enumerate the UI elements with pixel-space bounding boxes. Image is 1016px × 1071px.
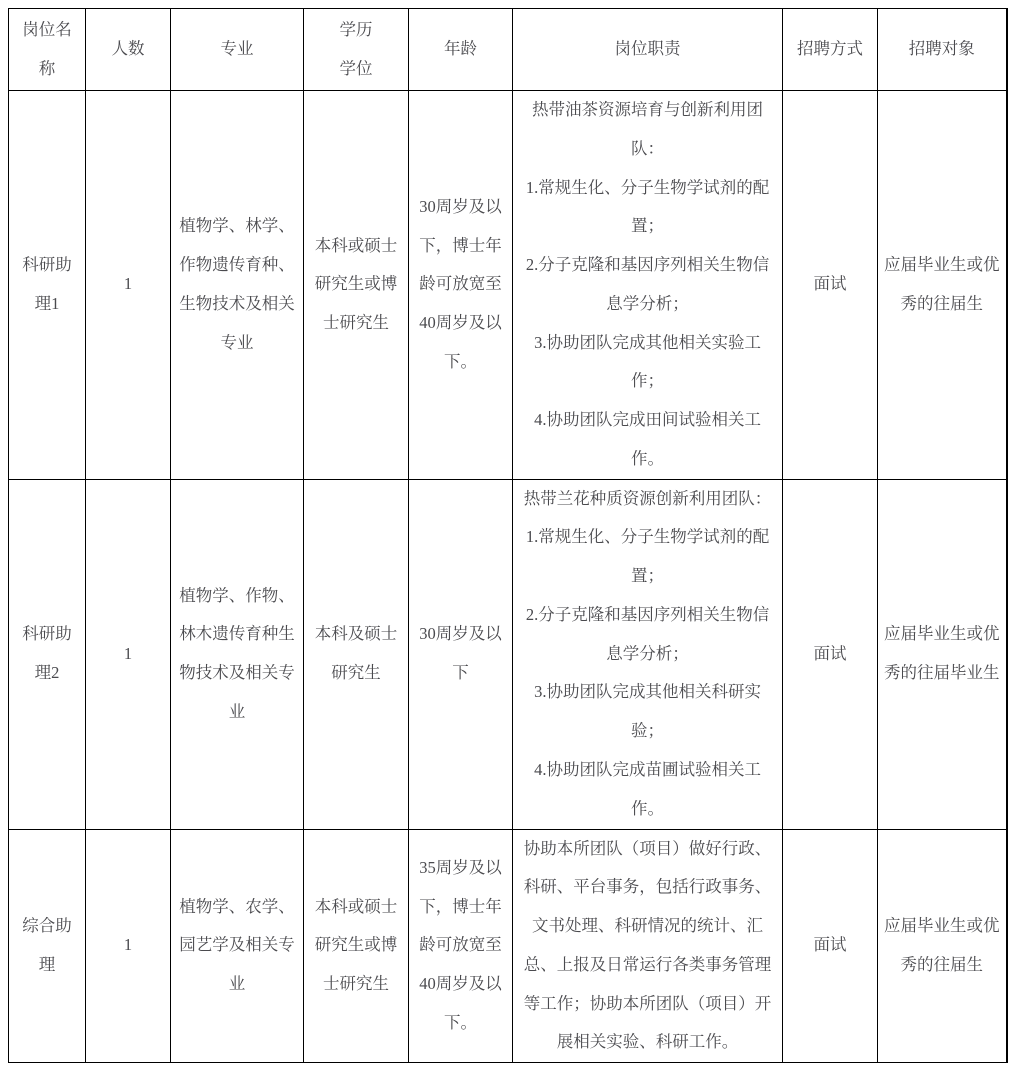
recruitment-table: 岗位名 称 人数 专业 学历 学位 年龄 岗位职责 招聘方式 招聘对象 科研助理… — [8, 8, 1008, 1063]
cell-position: 科研助理2 — [9, 479, 86, 829]
cell-major: 植物学、作物、林木遗传育种生物技术及相关专业 — [171, 479, 304, 829]
cell-age: 30周岁及以下，博士年龄可放宽至40周岁及以下。 — [409, 91, 513, 480]
header-headcount: 人数 — [86, 9, 171, 91]
header-position: 岗位名 称 — [9, 9, 86, 91]
cell-target: 应届毕业生或优秀的往届生 — [878, 91, 1007, 480]
cell-major: 植物学、农学、园艺学及相关专业 — [171, 829, 304, 1063]
header-major: 专业 — [171, 9, 304, 91]
cell-headcount: 1 — [86, 829, 171, 1063]
cell-headcount: 1 — [86, 91, 171, 480]
cell-method: 面试 — [783, 829, 878, 1063]
header-method: 招聘方式 — [783, 9, 878, 91]
cell-degree: 本科及硕士研究生 — [304, 479, 409, 829]
header-target: 招聘对象 — [878, 9, 1007, 91]
cell-age: 30周岁及以下 — [409, 479, 513, 829]
table-row-research-assistant-2: 科研助理2 1 植物学、作物、林木遗传育种生物技术及相关专业 本科及硕士研究生 … — [9, 479, 1007, 829]
cell-age: 35周岁及以下，博士年龄可放宽至40周岁及以下。 — [409, 829, 513, 1063]
header-row: 岗位名 称 人数 专业 学历 学位 年龄 岗位职责 招聘方式 招聘对象 — [9, 9, 1007, 91]
cell-duties: 热带兰花种质资源创新利用团队： 1.常规生化、分子生物学试剂的配置； 2.分子克… — [513, 479, 783, 829]
cell-duties: 热带油茶资源培育与创新利用团队： 1.常规生化、分子生物学试剂的配置； 2.分子… — [513, 91, 783, 480]
cell-major: 植物学、林学、作物遗传育种、生物技术及相关专业 — [171, 91, 304, 480]
cell-position: 科研助理1 — [9, 91, 86, 480]
cell-duties: 协助本所团队（项目）做好行政、科研、平台事务，包括行政事务、文书处理、科研情况的… — [513, 829, 783, 1063]
header-duties: 岗位职责 — [513, 9, 783, 91]
header-age: 年龄 — [409, 9, 513, 91]
cell-target: 应届毕业生或优秀的往届毕业生 — [878, 479, 1007, 829]
cell-degree: 本科或硕士研究生或博士研究生 — [304, 829, 409, 1063]
table-row-general-assistant: 综合助理 1 植物学、农学、园艺学及相关专业 本科或硕士研究生或博士研究生 35… — [9, 829, 1007, 1063]
cell-headcount: 1 — [86, 479, 171, 829]
cell-position: 综合助理 — [9, 829, 86, 1063]
cell-degree: 本科或硕士研究生或博士研究生 — [304, 91, 409, 480]
cell-method: 面试 — [783, 479, 878, 829]
cell-target: 应届毕业生或优秀的往届生 — [878, 829, 1007, 1063]
table-row-research-assistant-1: 科研助理1 1 植物学、林学、作物遗传育种、生物技术及相关专业 本科或硕士研究生… — [9, 91, 1007, 480]
cell-method: 面试 — [783, 91, 878, 480]
header-degree: 学历 学位 — [304, 9, 409, 91]
